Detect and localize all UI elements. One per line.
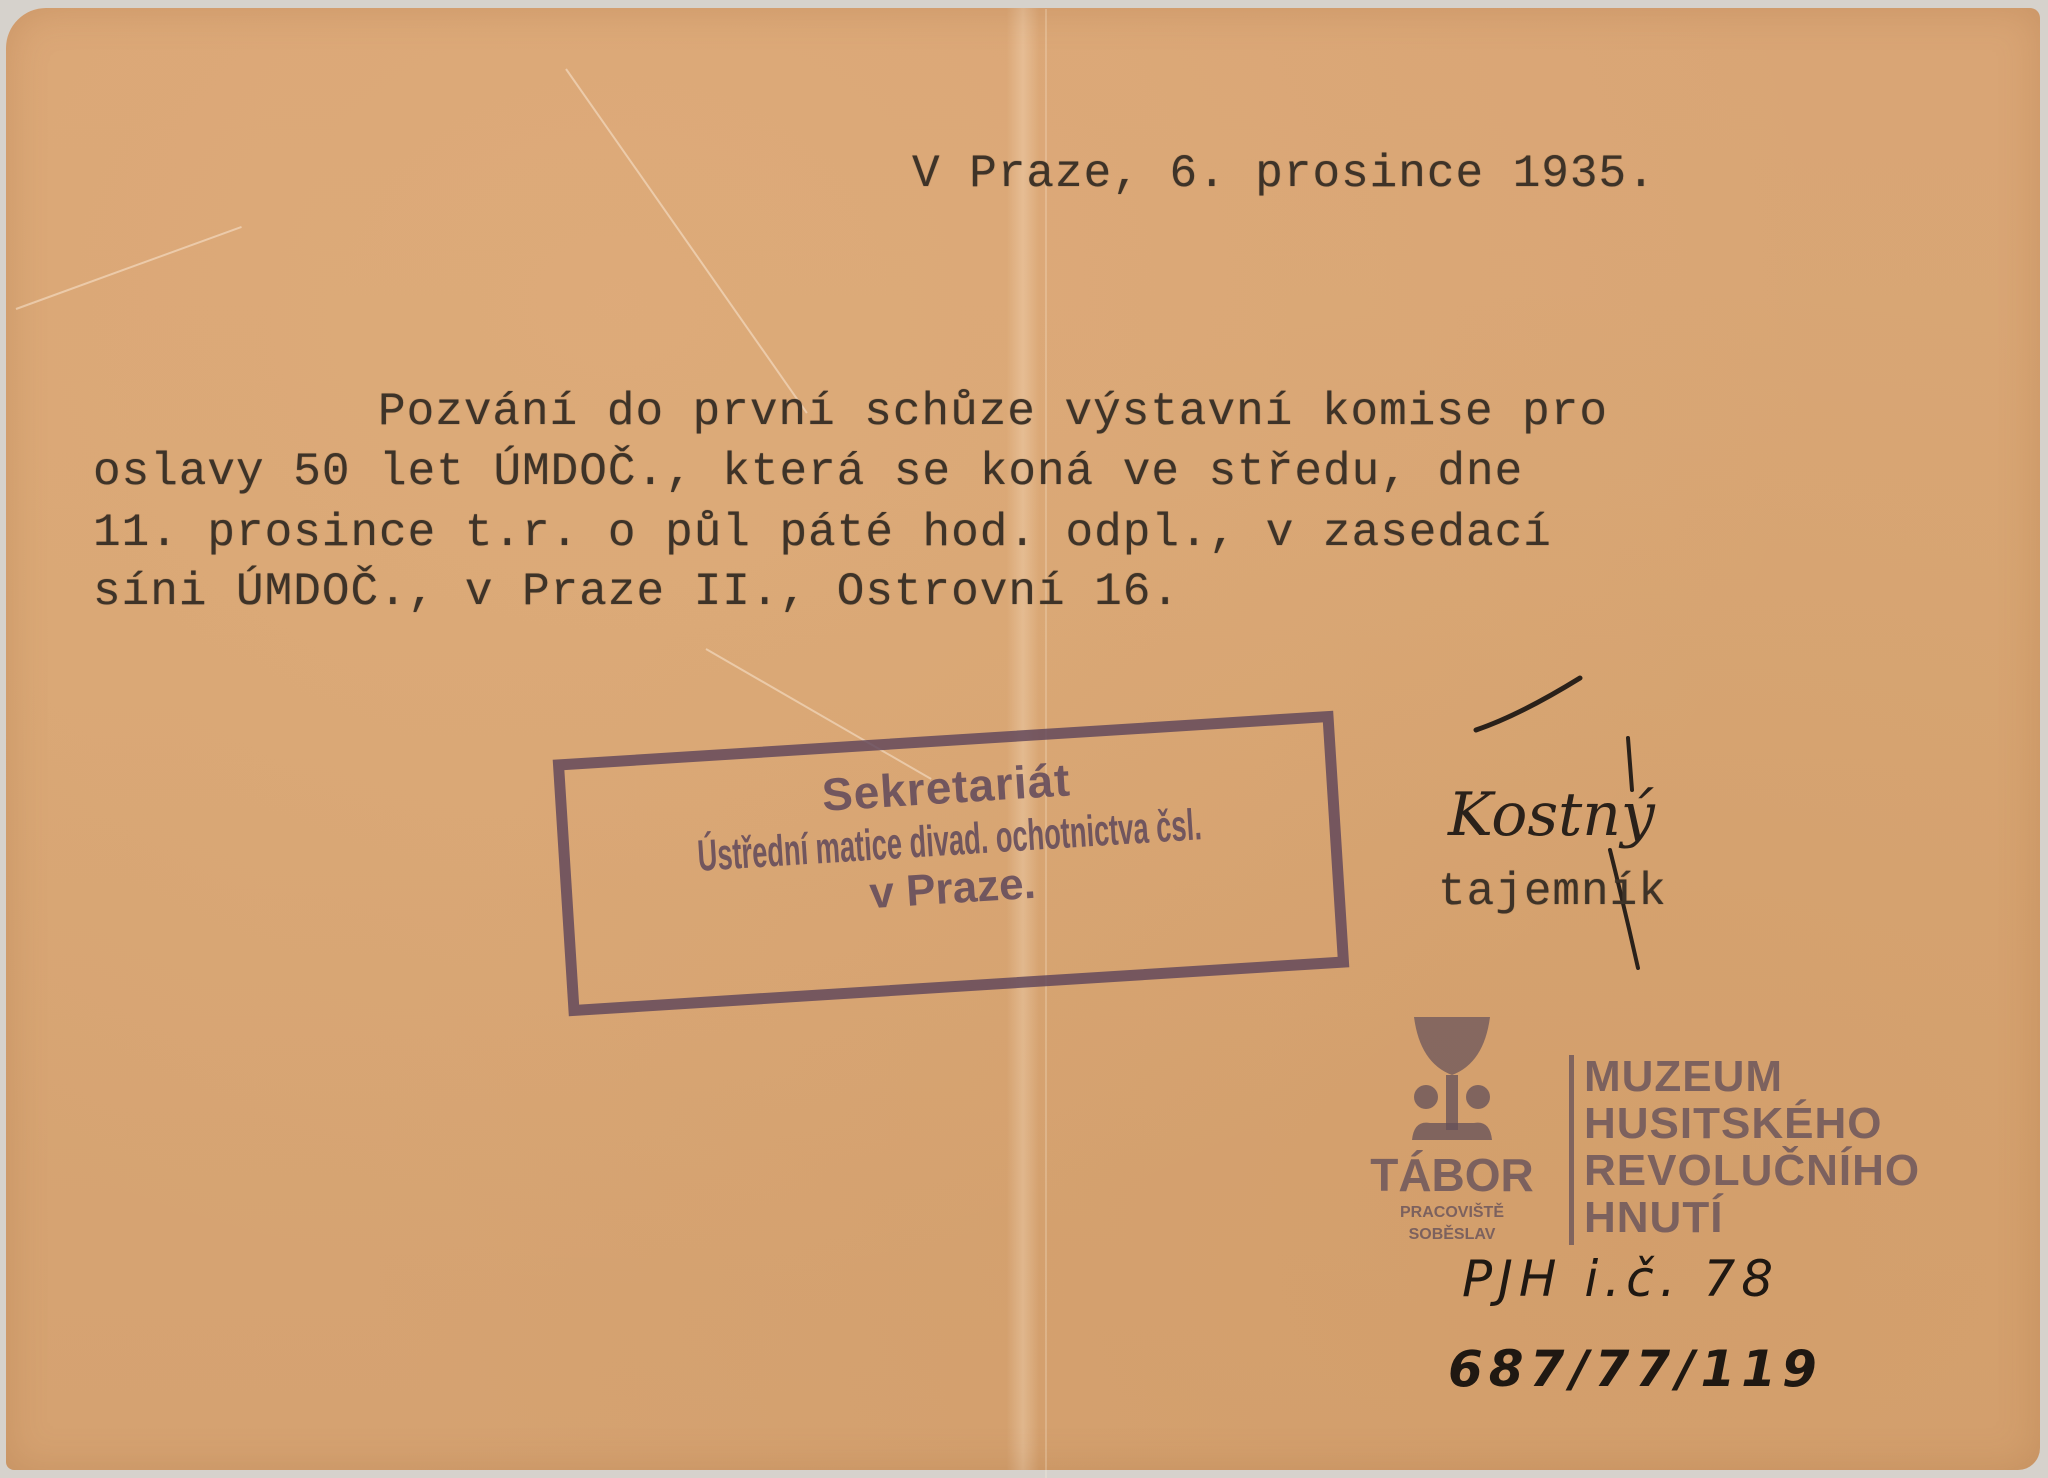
museum-name-line-2: HUSITSKÉHO [1584,1100,1920,1147]
museum-city: TÁBOR [1352,1152,1552,1198]
secretariat-stamp: Sekretariát Ústřední matice divad. ochot… [553,711,1350,1017]
museum-name-line-4: HNUTÍ [1584,1194,1920,1241]
museum-name: MUZEUM HUSITSKÉHO REVOLUČNÍHO HNUTÍ [1584,1053,1920,1241]
museum-stamp: TÁBOR PRACOVIŠTĚ SOBĚSLAV MUZEUM HUSITSK… [1352,1015,1972,1250]
chalice-icon [1352,1015,1552,1145]
signatory-title: tajemník [1438,866,1667,918]
date-line: V Praze, 6. prosince 1935. [912,148,1656,200]
chalice-logo: TÁBOR PRACOVIŠTĚ SOBĚSLAV [1352,1015,1552,1250]
museum-branch: SOBĚSLAV [1352,1224,1552,1246]
body-line-1: Pozvání do první schůze výstavní komise … [378,386,1608,438]
museum-name-line-1: MUZEUM [1584,1053,1920,1100]
body-line-3: 11. prosince t.r. o půl páté hod. odpl.,… [93,507,1552,559]
handwritten-signature: Kostný [1448,780,1655,850]
body-line-2: oslavy 50 let ÚMDOČ., která se koná ve s… [93,446,1523,498]
museum-workplace: PRACOVIŠTĚ [1352,1202,1552,1224]
paper-crease [565,68,808,413]
museum-name-line-3: REVOLUČNÍHO [1584,1147,1920,1194]
accession-number: 687/77/119 [1448,1340,1823,1398]
inventory-number: PJH i.č. 78 [1462,1250,1779,1308]
stamp-divider [1569,1055,1574,1245]
paper-crease [16,226,242,310]
body-line-4: síni ÚMDOČ., v Praze II., Ostrovní 16. [93,566,1180,618]
